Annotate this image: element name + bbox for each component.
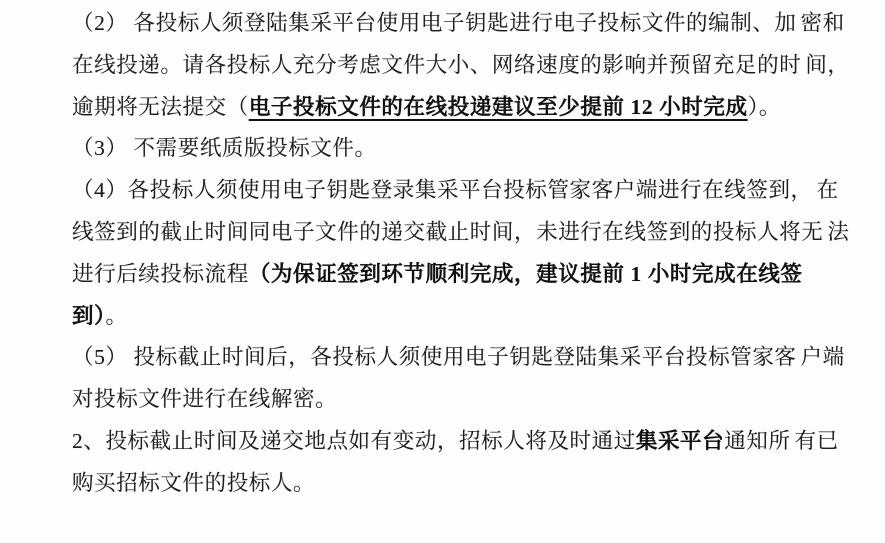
text-segment: 2、投标截止时间及递交地点如有变动，招标人将及时通过 <box>72 429 636 453</box>
paragraph-item-5: （5） 投标截止时间后，各投标人须使用电子钥匙登陆集采平台投标管家客 户端对投标… <box>72 337 855 421</box>
text-line: （5） 投标截止时间后，各投标人须使用电子钥匙登陆集采平台投标管家客 <box>72 345 797 369</box>
text-segment: 通知所 <box>724 429 790 453</box>
text-line: （3） 不需要纸质版投标文件。 <box>72 136 377 160</box>
text-line: 到）。 <box>72 304 128 328</box>
text-segment: （5） 投标截止时间后，各投标人须使用电子钥匙登陆集采平台投标管家客 <box>72 345 797 369</box>
text-segment: （4）各投标人须使用电子钥匙登录集采平台投标管家客户端进行在线签到， <box>72 178 813 202</box>
paragraph-item-3: （3） 不需要纸质版投标文件。 <box>72 128 855 170</box>
text-segment: 。 <box>105 304 127 328</box>
document-page: （2） 各投标人须登陆集采平台使用电子钥匙进行电子投标文件的编制、加 密和在线投… <box>0 0 885 543</box>
text-segment-bold-underline: 电子投标文件的在线投递建议至少提前 12 小时完成 <box>249 95 748 119</box>
text-segment-bold: 到） <box>72 304 105 328</box>
text-line: 2、投标截止时间及递交地点如有变动，招标人将及时通过集采平台通知所 <box>72 429 791 453</box>
text-line: （4）各投标人须使用电子钥匙登录集采平台投标管家客户端进行在线签到， <box>72 178 813 202</box>
text-segment: ）。 <box>748 95 781 119</box>
text-segment: （2） 各投标人须登陆集采平台使用电子钥匙进行电子投标文件的编制、加 <box>72 11 797 35</box>
paragraph-item-2: （2） 各投标人须登陆集采平台使用电子钥匙进行电子投标文件的编制、加 密和在线投… <box>72 3 855 128</box>
text-segment-bold: （为保证签到环节顺利完成，建议提前 1 小时完成在线签 <box>249 262 803 286</box>
text-segment: （3） 不需要纸质版投标文件。 <box>72 136 377 160</box>
paragraph-item-2-note: 2、投标截止时间及递交地点如有变动，招标人将及时通过集采平台通知所 有已购买招标… <box>72 421 855 505</box>
text-line: （2） 各投标人须登陆集采平台使用电子钥匙进行电子投标文件的编制、加 <box>72 11 797 35</box>
text-segment-bold: 集采平台 <box>636 429 724 453</box>
paragraph-item-4: （4）各投标人须使用电子钥匙登录集采平台投标管家客户端进行在线签到， 在线签到的… <box>72 170 855 337</box>
